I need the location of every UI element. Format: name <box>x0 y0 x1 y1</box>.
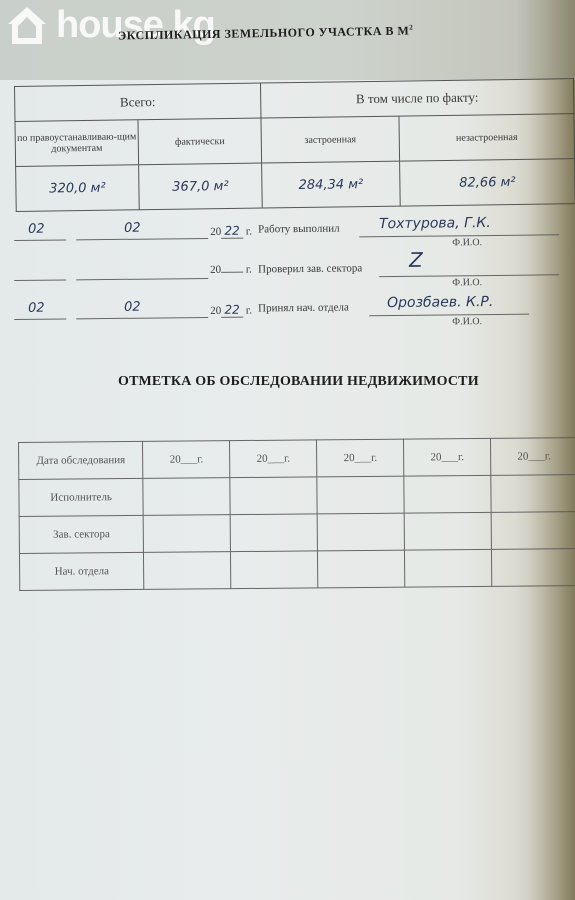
cell <box>144 552 231 590</box>
value-legal: 320,0 м² <box>16 165 140 212</box>
survey-title: ОТМЕТКА ОБ ОБСЛЕДОВАНИИ НЕДВИЖИМОСТИ <box>118 374 479 390</box>
cell <box>317 476 404 514</box>
date-cell: 20___г. <box>317 439 404 477</box>
row-label-sector-head: Зав. сектора <box>19 515 144 553</box>
cell <box>230 514 317 552</box>
cell <box>318 550 405 588</box>
month: 02 <box>124 221 141 236</box>
cell <box>230 477 317 515</box>
cell <box>404 512 491 550</box>
header-total: Всего: <box>15 83 261 121</box>
cell <box>231 551 318 589</box>
house-icon <box>4 2 50 48</box>
day: 02 <box>28 222 45 237</box>
date-cell: 20___г. <box>143 441 230 479</box>
label: Проверил зав. сектора <box>258 262 362 275</box>
date-cell: 20___г. <box>404 438 491 476</box>
signature-name: Тохтурова, Г.К. <box>379 215 491 232</box>
cell <box>404 475 491 513</box>
signature-name: Z <box>409 248 423 272</box>
cell <box>405 549 492 587</box>
cell <box>143 478 230 516</box>
value-actual: 367,0 м² <box>139 163 263 210</box>
fio-caption: Ф.И.О. <box>452 277 482 288</box>
month: 02 <box>124 300 141 315</box>
value-built: 284,34 м² <box>262 161 401 208</box>
cell <box>144 515 231 553</box>
label: Принял нач. отдела <box>258 301 349 314</box>
signature-name: Орозбаев. К.Р. <box>387 294 493 311</box>
day: 02 <box>28 301 45 316</box>
col-actual: фактически <box>138 118 262 165</box>
row-label-date: Дата обследования <box>19 441 144 479</box>
signature-row-dept-head: 02 02 2022 г. Принял нач. отдела Орозбае… <box>14 291 569 323</box>
fio-caption: Ф.И.О. <box>452 316 482 327</box>
col-built: застроенная <box>261 116 400 163</box>
explication-table: Всего: В том числе по факту: по правоуст… <box>14 78 575 212</box>
row-label-executor: Исполнитель <box>19 478 144 516</box>
page-edge-shadow <box>515 0 575 900</box>
label: Работу выполнил <box>258 223 340 236</box>
date-cell: 20___г. <box>230 440 317 478</box>
row-label-dept-head: Нач. отдела <box>19 552 144 590</box>
fio-caption: Ф.И.О. <box>452 237 482 248</box>
signature-row-performer: 02 02 2022 г. Работу выполнил Тохтурова,… <box>14 212 569 244</box>
col-legal: по правоустанавливаю-щим документам <box>15 120 139 167</box>
signature-row-sector-head: 20 г. Проверил зав. сектора Z Ф.И.О. <box>14 252 569 284</box>
survey-table: Дата обследования 20___г. 20___г. 20___г… <box>18 437 575 591</box>
cell <box>317 513 404 551</box>
